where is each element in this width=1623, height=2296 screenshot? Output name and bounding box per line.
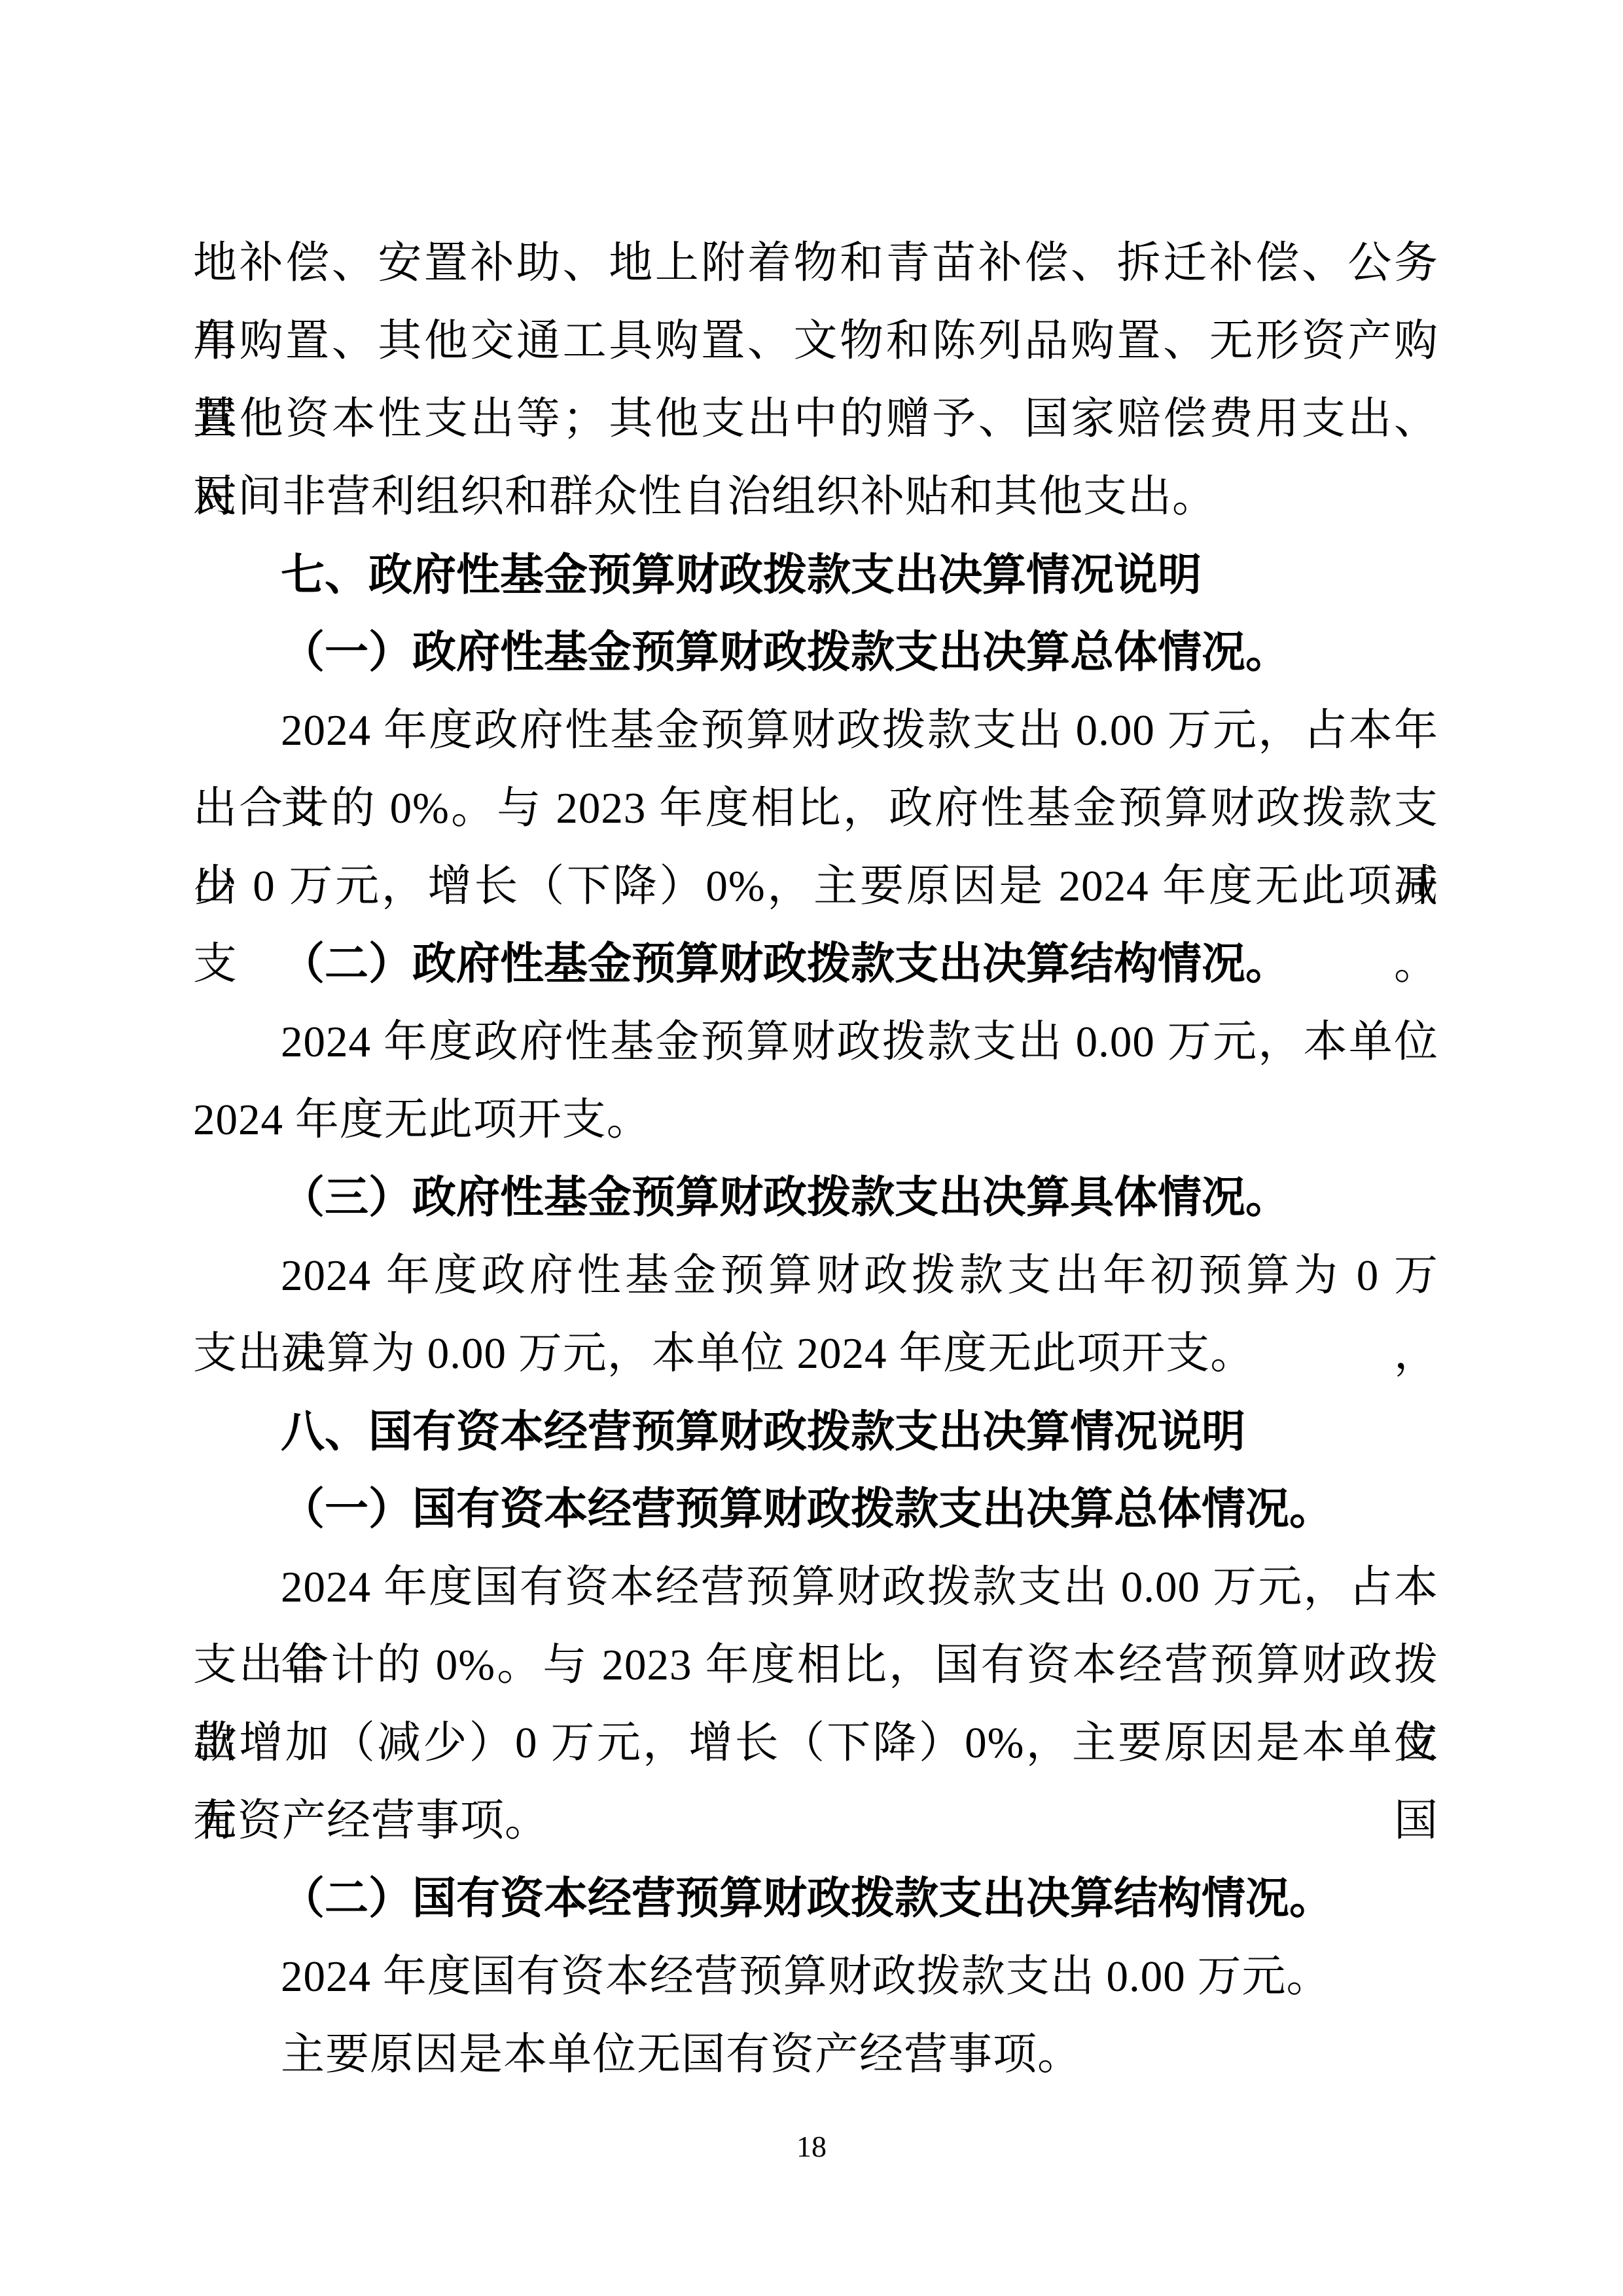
text-line: 2024 年度政府性基金预算财政拨款支出 0.00 万元，本单位: [193, 1003, 1438, 1081]
sub-heading: （一）政府性基金预算财政拨款支出决算总体情况。: [193, 614, 1438, 692]
text-line: 2024 年度国有资本经营预算财政拨款支出 0.00 万元。: [193, 1938, 1438, 2016]
text-line: 2024 年度政府性基金预算财政拨款支出年初预算为 0 万元，: [193, 1237, 1438, 1315]
text-line: 支出合计的 0%。与 2023 年度相比，国有资本经营预算财政拨款支: [193, 1626, 1438, 1704]
section-heading: 八、国有资本经营预算财政拨款支出决算情况说明: [193, 1393, 1438, 1471]
sub-heading: （二）国有资本经营预算财政拨款支出决算结构情况。: [193, 1860, 1438, 1938]
text-line: 地补偿、安置补助、地上附着物和青苗补偿、拆迁补偿、公务用: [193, 224, 1438, 302]
sub-heading: （一）国有资本经营预算财政拨款支出决算总体情况。: [193, 1471, 1438, 1549]
sub-heading: （三）政府性基金预算财政拨款支出决算具体情况。: [193, 1159, 1438, 1237]
text-line: 少 0 万元，增长（下降）0%，主要原因是 2024 年度无此项开支。: [193, 848, 1438, 925]
document-page: 地补偿、安置补助、地上附着物和青苗补偿、拆迁补偿、公务用车购置、其他交通工具购置…: [0, 0, 1623, 2296]
page-number: 18: [0, 2126, 1623, 2168]
section-heading: 七、政府性基金预算财政拨款支出决算情况说明: [193, 536, 1438, 614]
text-line: 车购置、其他交通工具购置、文物和陈列品购置、无形资产购置、: [193, 302, 1438, 380]
text-line: 支出决算为 0.00 万元，本单位 2024 年度无此项开支。: [193, 1315, 1438, 1393]
sub-heading: （二）政府性基金预算财政拨款支出决算结构情况。: [193, 925, 1438, 1003]
text-line: 出增加（减少）0 万元，增长（下降）0%，主要原因是本单位无国: [193, 1704, 1438, 1782]
text-line: 主要原因是本单位无国有资产经营事项。: [193, 2016, 1438, 2094]
text-line: 民间非营利组织和群众性自治组织补贴和其他支出。: [193, 458, 1438, 536]
text-line: 2024 年度国有资本经营预算财政拨款支出 0.00 万元，占本年: [193, 1549, 1438, 1626]
text-line: 其他资本性支出等；其他支出中的赠予、国家赔偿费用支出、对: [193, 380, 1438, 458]
text-line: 出合计的 0%。与 2023 年度相比，政府性基金预算财政拨款支出减: [193, 770, 1438, 848]
document-body: 地补偿、安置补助、地上附着物和青苗补偿、拆迁补偿、公务用车购置、其他交通工具购置…: [193, 224, 1438, 2094]
text-line: 2024 年度无此项开支。: [193, 1081, 1438, 1159]
text-line: 2024 年度政府性基金预算财政拨款支出 0.00 万元，占本年支: [193, 692, 1438, 770]
